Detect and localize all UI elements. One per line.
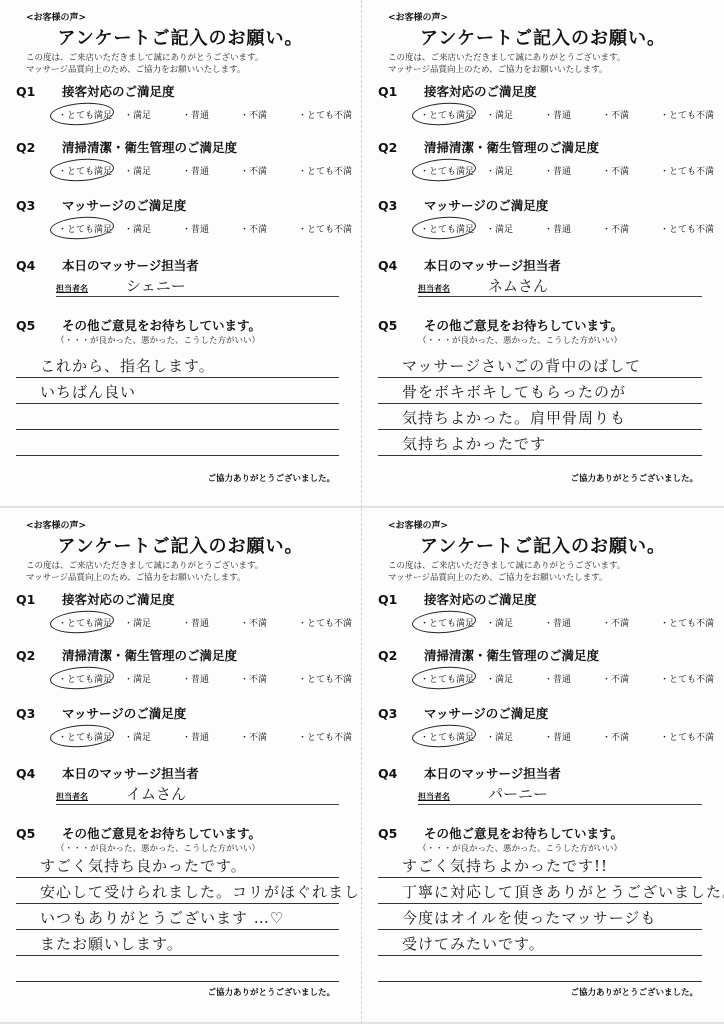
question-number: Q2 [16, 648, 62, 663]
survey-card-1: <お客様の声> アンケートご記入のお願い。 この度は、ご来店いただきまして誠にあ… [0, 0, 362, 508]
comment-line[interactable]: 丁寧に対応して頂きありがとうございました。 [378, 878, 702, 904]
intro-line-1: この度は、ご来店いただきまして誠にありがとうございます。 [26, 52, 263, 64]
option-0[interactable]: ・とても満足 [420, 108, 486, 121]
question-number: Q4 [16, 258, 62, 273]
option-4[interactable]: ・とても不満 [660, 730, 718, 743]
question-number: Q2 [378, 140, 424, 155]
question-text: 接客対応のご満足度 [62, 592, 175, 607]
question-text: その他ご意見をお待ちしています。 [62, 318, 261, 333]
option-4[interactable]: ・とても不満 [298, 108, 356, 121]
customer-voice-label: <お客様の声> [388, 518, 448, 531]
q3-options[interactable]: ・とても満足・満足・普通・不満・とても不満 [420, 222, 718, 235]
handwritten-comment: 受けてみたいです。 [402, 933, 545, 954]
thanks-text: ご協力ありがとうございました。 [570, 472, 698, 484]
option-0[interactable]: ・とても満足 [420, 222, 486, 235]
question-text: 本日のマッサージ担当者 [424, 258, 561, 273]
comment-line[interactable]: すごく気持ち良かったです。 [16, 852, 339, 878]
question-number: Q2 [16, 140, 62, 155]
option-0[interactable]: ・とても満足 [420, 730, 486, 743]
option-4[interactable]: ・とても不満 [660, 164, 718, 177]
option-1[interactable]: ・満足 [124, 108, 182, 121]
option-4[interactable]: ・とても不満 [660, 616, 718, 629]
comment-line[interactable]: 安心して受けられました。コリがほぐれました… [16, 878, 339, 904]
option-1[interactable]: ・満足 [486, 222, 544, 235]
option-2[interactable]: ・普通 [182, 730, 240, 743]
handwritten-comment: またお願いします。 [40, 933, 183, 954]
question-text: 接客対応のご満足度 [62, 84, 175, 99]
comment-line[interactable]: マッサージさいごの背中のばして [378, 352, 702, 378]
option-4[interactable]: ・とても不満 [660, 108, 718, 121]
question-text: マッサージのご満足度 [424, 198, 548, 213]
question-number: Q2 [378, 648, 424, 663]
option-3[interactable]: ・不満 [602, 164, 660, 177]
option-1[interactable]: ・満足 [124, 222, 182, 235]
question-4: Q4本日のマッサージ担当者 [378, 764, 561, 782]
handwritten-comment: 骨をボキボキしてもらったのが [402, 381, 626, 402]
option-1[interactable]: ・満足 [124, 164, 182, 177]
question-4: Q4本日のマッサージ担当者 [16, 256, 199, 274]
option-3[interactable]: ・不満 [602, 222, 660, 235]
comment-line[interactable] [16, 404, 339, 430]
survey-intro: この度は、ご来店いただきまして誠にありがとうございます。 マッサージ品質向上のた… [388, 52, 625, 76]
question-text: 接客対応のご満足度 [424, 592, 537, 607]
option-2[interactable]: ・普通 [544, 164, 602, 177]
customer-voice-label: <お客様の声> [26, 518, 86, 531]
q1-options[interactable]: ・とても満足・満足・普通・不満・とても不満 [58, 108, 356, 121]
question-text: その他ご意見をお待ちしています。 [424, 826, 623, 841]
question-text: その他ご意見をお待ちしています。 [62, 826, 261, 841]
survey-title: アンケートご記入のお願い。 [0, 532, 361, 558]
question-2: Q2清掃清潔・衛生管理のご満足度 [16, 138, 237, 156]
staff-name-value: シェニー [126, 275, 186, 296]
q3-options[interactable]: ・とても満足・満足・普通・不満・とても不満 [420, 730, 718, 743]
question-1: Q1接客対応のご満足度 [378, 82, 537, 100]
question-1: Q1接客対応のご満足度 [16, 590, 175, 608]
survey-card-3: <お客様の声> アンケートご記入のお願い。 この度は、ご来店いただきまして誠にあ… [0, 508, 362, 1024]
option-0[interactable]: ・とても満足 [58, 164, 124, 177]
option-2[interactable]: ・普通 [182, 164, 240, 177]
option-0[interactable]: ・とても満足 [420, 672, 486, 685]
intro-line-2: マッサージ品質向上のため、ご協力をお願いいたします。 [388, 64, 625, 76]
comment-line[interactable]: すごく気持ちよかったです!! [378, 852, 702, 878]
option-4[interactable]: ・とても不満 [660, 222, 718, 235]
staff-name-value: ネムさん [488, 275, 548, 296]
handwritten-comment: すごく気持ちよかったです!! [402, 855, 608, 876]
handwritten-comment: これから、指名します。 [40, 355, 215, 376]
staff-name-label: 担当者名 [56, 791, 88, 802]
question-text: マッサージのご満足度 [424, 706, 548, 721]
staff-name-label: 担当者名 [418, 283, 450, 294]
intro-line-1: この度は、ご来店いただきまして誠にありがとうございます。 [388, 560, 625, 572]
question-number: Q3 [16, 706, 62, 721]
option-3[interactable]: ・不満 [602, 616, 660, 629]
question-5: Q5その他ご意見をお待ちしています。 [16, 316, 261, 334]
question-number: Q4 [378, 766, 424, 781]
question-number: Q1 [16, 84, 62, 99]
handwritten-comment: 気持ちよかった。肩甲骨周りも [402, 407, 626, 428]
comment-line[interactable] [16, 956, 339, 982]
comment-line[interactable]: いつもありがとうございます …♡ [16, 904, 339, 930]
option-1[interactable]: ・満足 [124, 616, 182, 629]
option-0[interactable]: ・とても満足 [58, 672, 124, 685]
option-2[interactable]: ・普通 [544, 672, 602, 685]
q3-options[interactable]: ・とても満足・満足・普通・不満・とても不満 [58, 222, 356, 235]
option-4[interactable]: ・とても不満 [298, 616, 356, 629]
option-2[interactable]: ・普通 [182, 222, 240, 235]
question-5: Q5その他ご意見をお待ちしています。 [378, 824, 623, 842]
survey-sheet-grid: <お客様の声> アンケートご記入のお願い。 この度は、ご来店いただきまして誠にあ… [0, 0, 724, 1024]
option-1[interactable]: ・満足 [486, 672, 544, 685]
option-4[interactable]: ・とても不満 [298, 164, 356, 177]
q3-options[interactable]: ・とても満足・満足・普通・不満・とても不満 [58, 730, 356, 743]
option-1[interactable]: ・満足 [486, 616, 544, 629]
question-text: マッサージのご満足度 [62, 706, 186, 721]
intro-line-2: マッサージ品質向上のため、ご協力をお願いいたします。 [26, 64, 263, 76]
option-3[interactable]: ・不満 [602, 672, 660, 685]
question-text: 清掃清潔・衛生管理のご満足度 [424, 140, 599, 155]
option-3[interactable]: ・不満 [240, 730, 298, 743]
comment-line[interactable] [16, 430, 339, 456]
option-3[interactable]: ・不満 [240, 222, 298, 235]
q1-options[interactable]: ・とても満足・満足・普通・不満・とても不満 [420, 616, 718, 629]
handwritten-comment: 今度はオイルを使ったマッサージも [402, 907, 656, 928]
question-2: Q2清掃清潔・衛生管理のご満足度 [16, 646, 237, 664]
option-0[interactable]: ・とても満足 [58, 108, 124, 121]
question-number: Q5 [16, 318, 62, 333]
question-number: Q5 [378, 318, 424, 333]
comment-line[interactable]: いちばん良い [16, 378, 339, 404]
question-text: 清掃清潔・衛生管理のご満足度 [62, 140, 237, 155]
question-text: 清掃清潔・衛生管理のご満足度 [424, 648, 599, 663]
comment-lines[interactable]: マッサージさいごの背中のばして骨をボキボキしてもらったのが気持ちよかった。肩甲骨… [378, 352, 702, 456]
staff-name-label: 担当者名 [56, 283, 88, 294]
q2-options[interactable]: ・とても満足・満足・普通・不満・とても不満 [420, 164, 718, 177]
survey-intro: この度は、ご来店いただきまして誠にありがとうございます。 マッサージ品質向上のた… [26, 52, 263, 76]
intro-line-1: この度は、ご来店いただきまして誠にありがとうございます。 [26, 560, 263, 572]
option-2[interactable]: ・普通 [544, 730, 602, 743]
handwritten-comment: 気持ちよかったです [402, 433, 546, 454]
question-number: Q1 [16, 592, 62, 607]
question-number: Q1 [378, 84, 424, 99]
survey-title: アンケートご記入のお願い。 [362, 24, 724, 50]
staff-name-value: イムさん [126, 783, 186, 804]
question-1: Q1接客対応のご満足度 [16, 82, 175, 100]
option-4[interactable]: ・とても不満 [660, 672, 718, 685]
option-3[interactable]: ・不満 [240, 672, 298, 685]
option-0[interactable]: ・とても満足 [58, 616, 124, 629]
question-number: Q4 [16, 766, 62, 781]
handwritten-comment: マッサージさいごの背中のばして [402, 355, 641, 376]
option-2[interactable]: ・普通 [544, 616, 602, 629]
option-2[interactable]: ・普通 [182, 616, 240, 629]
question-text: 清掃清潔・衛生管理のご満足度 [62, 648, 237, 663]
option-1[interactable]: ・満足 [486, 730, 544, 743]
question-5: Q5その他ご意見をお待ちしています。 [378, 316, 623, 334]
option-4[interactable]: ・とても不満 [298, 730, 356, 743]
option-0[interactable]: ・とても満足 [420, 616, 486, 629]
question-number: Q1 [378, 592, 424, 607]
option-3[interactable]: ・不満 [240, 108, 298, 121]
question-2: Q2清掃清潔・衛生管理のご満足度 [378, 138, 599, 156]
question-text: 本日のマッサージ担当者 [62, 766, 199, 781]
thanks-text: ご協力ありがとうございました。 [570, 986, 698, 998]
survey-intro: この度は、ご来店いただきまして誠にありがとうございます。 マッサージ品質向上のた… [26, 560, 263, 584]
question-text: 本日のマッサージ担当者 [62, 258, 199, 273]
q2-options[interactable]: ・とても満足・満足・普通・不満・とても不満 [58, 164, 356, 177]
thanks-text: ご協力ありがとうございました。 [207, 472, 335, 484]
intro-line-2: マッサージ品質向上のため、ご協力をお願いいたします。 [388, 572, 625, 584]
thanks-text: ご協力ありがとうございました。 [207, 986, 335, 998]
comment-line[interactable]: またお願いします。 [16, 930, 339, 956]
question-3: Q3マッサージのご満足度 [378, 196, 548, 214]
comment-lines[interactable]: すごく気持ちよかったです!!丁寧に対応して頂きありがとうございました。今度はオイ… [378, 852, 702, 982]
question-text: 接客対応のご満足度 [424, 84, 537, 99]
option-2[interactable]: ・普通 [182, 108, 240, 121]
staff-name-value: パーニー [488, 783, 548, 804]
handwritten-comment: 丁寧に対応して頂きありがとうございました。 [402, 881, 724, 902]
question-3: Q3マッサージのご満足度 [16, 704, 186, 722]
q5-hint: （・・・が良かった、悪かった、こうした方がいい） [56, 334, 260, 346]
comment-line[interactable] [378, 956, 702, 982]
option-1[interactable]: ・満足 [124, 730, 182, 743]
question-number: Q3 [16, 198, 62, 213]
survey-title: アンケートご記入のお願い。 [362, 532, 724, 558]
option-0[interactable]: ・とても満足 [420, 164, 486, 177]
option-1[interactable]: ・満足 [486, 108, 544, 121]
question-2: Q2清掃清潔・衛生管理のご満足度 [378, 646, 599, 664]
q2-options[interactable]: ・とても満足・満足・普通・不満・とても不満 [58, 672, 356, 685]
question-5: Q5その他ご意見をお待ちしています。 [16, 824, 261, 842]
survey-intro: この度は、ご来店いただきまして誠にありがとうございます。 マッサージ品質向上のた… [388, 560, 625, 584]
staff-name-field[interactable]: 担当者名 ネムさん [418, 278, 702, 297]
staff-name-label: 担当者名 [418, 791, 450, 802]
option-4[interactable]: ・とても不満 [298, 222, 356, 235]
question-4: Q4本日のマッサージ担当者 [16, 764, 199, 782]
customer-voice-label: <お客様の声> [388, 10, 448, 23]
comment-lines[interactable]: これから、指名します。いちばん良い [16, 352, 339, 456]
option-0[interactable]: ・とても満足 [58, 730, 124, 743]
option-1[interactable]: ・満足 [486, 164, 544, 177]
comment-line[interactable]: 受けてみたいです。 [378, 930, 702, 956]
intro-line-2: マッサージ品質向上のため、ご協力をお願いいたします。 [26, 572, 263, 584]
q1-options[interactable]: ・とても満足・満足・普通・不満・とても不満 [58, 616, 356, 629]
staff-name-field[interactable]: 担当者名 パーニー [418, 786, 702, 805]
question-text: 本日のマッサージ担当者 [424, 766, 561, 781]
survey-title: アンケートご記入のお願い。 [0, 24, 361, 50]
question-number: Q3 [378, 706, 424, 721]
q5-hint: （・・・が良かった、悪かった、こうした方がいい） [418, 334, 622, 346]
handwritten-comment: すごく気持ち良かったです。 [40, 855, 247, 876]
option-2[interactable]: ・普通 [544, 108, 602, 121]
option-2[interactable]: ・普通 [544, 222, 602, 235]
comment-lines[interactable]: すごく気持ち良かったです。安心して受けられました。コリがほぐれました…いつもあり… [16, 852, 339, 982]
question-1: Q1接客対応のご満足度 [378, 590, 537, 608]
comment-line[interactable]: 気持ちよかったです [378, 430, 702, 456]
option-2[interactable]: ・普通 [182, 672, 240, 685]
question-4: Q4本日のマッサージ担当者 [378, 256, 561, 274]
question-number: Q3 [378, 198, 424, 213]
q2-options[interactable]: ・とても満足・満足・普通・不満・とても不満 [420, 672, 718, 685]
question-3: Q3マッサージのご満足度 [16, 196, 186, 214]
comment-line[interactable]: 骨をボキボキしてもらったのが [378, 378, 702, 404]
option-3[interactable]: ・不満 [602, 730, 660, 743]
question-number: Q5 [16, 826, 62, 841]
option-3[interactable]: ・不満 [240, 616, 298, 629]
comment-line[interactable]: 気持ちよかった。肩甲骨周りも [378, 404, 702, 430]
question-text: その他ご意見をお待ちしています。 [424, 318, 623, 333]
intro-line-1: この度は、ご来店いただきまして誠にありがとうございます。 [388, 52, 625, 64]
option-3[interactable]: ・不満 [602, 108, 660, 121]
comment-line[interactable]: 今度はオイルを使ったマッサージも [378, 904, 702, 930]
survey-card-4: <お客様の声> アンケートご記入のお願い。 この度は、ご来店いただきまして誠にあ… [362, 508, 724, 1024]
staff-name-field[interactable]: 担当者名 イムさん [56, 786, 339, 805]
option-1[interactable]: ・満足 [124, 672, 182, 685]
option-0[interactable]: ・とても満足 [58, 222, 124, 235]
survey-card-2: <お客様の声> アンケートご記入のお願い。 この度は、ご来店いただきまして誠にあ… [362, 0, 724, 508]
option-3[interactable]: ・不満 [240, 164, 298, 177]
q1-options[interactable]: ・とても満足・満足・普通・不満・とても不満 [420, 108, 718, 121]
staff-name-field[interactable]: 担当者名 シェニー [56, 278, 339, 297]
comment-line[interactable]: これから、指名します。 [16, 352, 339, 378]
question-text: マッサージのご満足度 [62, 198, 186, 213]
handwritten-comment: いつもありがとうございます …♡ [40, 907, 284, 928]
handwritten-comment: 安心して受けられました。コリがほぐれました… [40, 881, 392, 902]
question-3: Q3マッサージのご満足度 [378, 704, 548, 722]
handwritten-comment: いちばん良い [40, 381, 136, 402]
customer-voice-label: <お客様の声> [26, 10, 86, 23]
option-4[interactable]: ・とても不満 [298, 672, 356, 685]
question-number: Q4 [378, 258, 424, 273]
question-number: Q5 [378, 826, 424, 841]
